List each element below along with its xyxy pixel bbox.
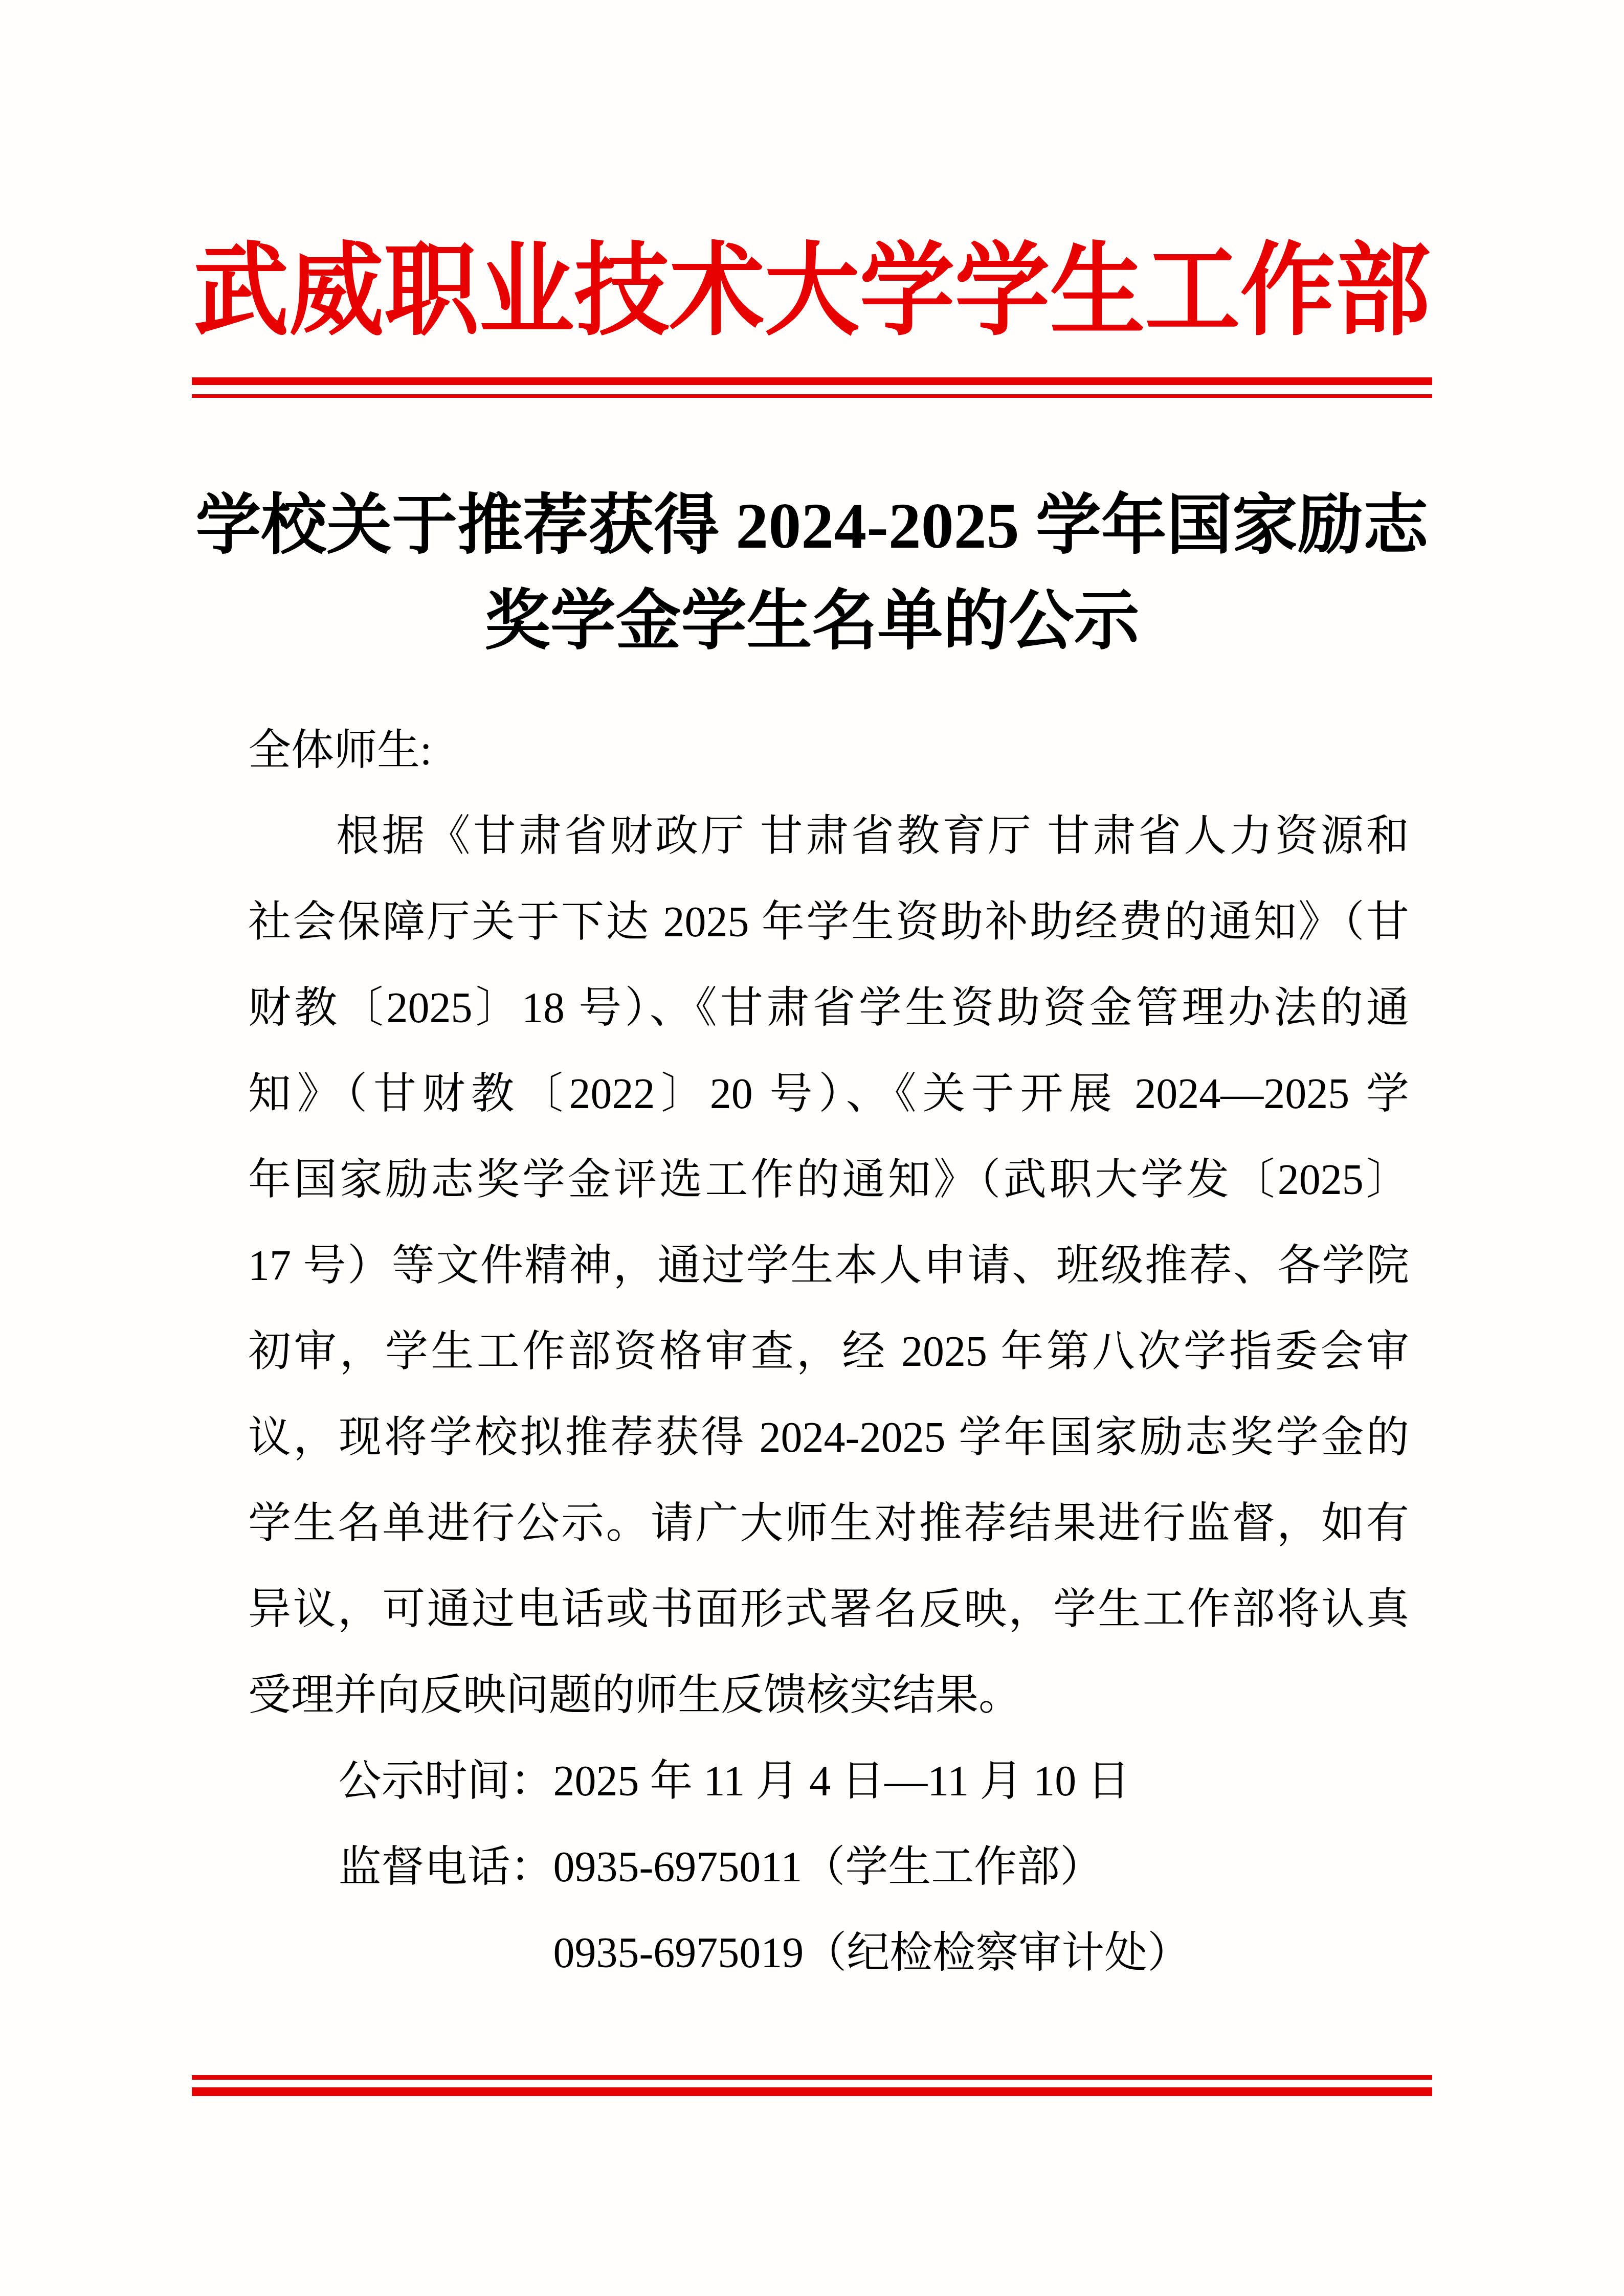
announcement-document: 武威职业技术大学学生工作部 学校关于推荐获得 2024-2025 学年国家励志 … [0,0,1624,2296]
body-line: 学生名单进行公示。请广大师生对推荐结果进行监督，如有 [248,1481,1409,1567]
announcement-title: 学校关于推荐获得 2024-2025 学年国家励志 奖学金学生名单的公示 [0,478,1624,669]
footer-rule-thin [192,2075,1432,2080]
letterhead-rule-thin [192,394,1432,398]
body-line: 受理并向反映问题的师生反馈核实结果。 [248,1653,1409,1739]
body-line: 知》（甘财教〔2022〕20 号）、《关于开展 2024—2025 学 [248,1051,1409,1137]
body-line: 17 号）等文件精神，通过学生本人申请、班级推荐、各学院 [248,1223,1409,1309]
publicity-period-line: 公示时间：2025 年 11 月 4 日—11 月 10 日 [248,1739,1409,1825]
letterhead-rule-thick [192,377,1432,385]
announcement-title-line2: 奖学金学生名单的公示 [0,574,1624,669]
salutation-line: 全体师生: [248,708,1409,794]
body-line: 异议，可通过电话或书面形式署名反映，学生工作部将认真 [248,1567,1409,1653]
secondary-phone-line: 0935-6975019（纪检检察审计处） [248,1910,1409,1996]
body-line: 社会保障厅关于下达 2025 年学生资助补助经费的通知》（甘 [248,880,1409,965]
letterhead-title: 武威职业技术大学学生工作部 [0,236,1624,347]
body-line: 议，现将学校拟推荐获得 2024-2025 学年国家励志奖学金的 [248,1395,1409,1481]
body-line: 初审，学生工作部资格审查，经 2025 年第八次学指委会审 [248,1309,1409,1395]
body-line: 年国家励志奖学金评选工作的通知》（武职大学发〔2025〕 [248,1137,1409,1223]
announcement-body: 全体师生: 根据《甘肃省财政厅 甘肃省教育厅 甘肃省人力资源和 社会保障厅关于下… [248,708,1409,1996]
body-line: 根据《甘肃省财政厅 甘肃省教育厅 甘肃省人力资源和 [248,794,1409,880]
announcement-title-line1: 学校关于推荐获得 2024-2025 学年国家励志 [0,478,1624,574]
footer-rule-thick [192,2087,1432,2096]
body-line: 财教〔2025〕18 号）、《甘肃省学生资助资金管理办法的通 [248,965,1409,1051]
supervision-phone-line: 监督电话：0935-6975011（学生工作部） [248,1825,1409,1910]
